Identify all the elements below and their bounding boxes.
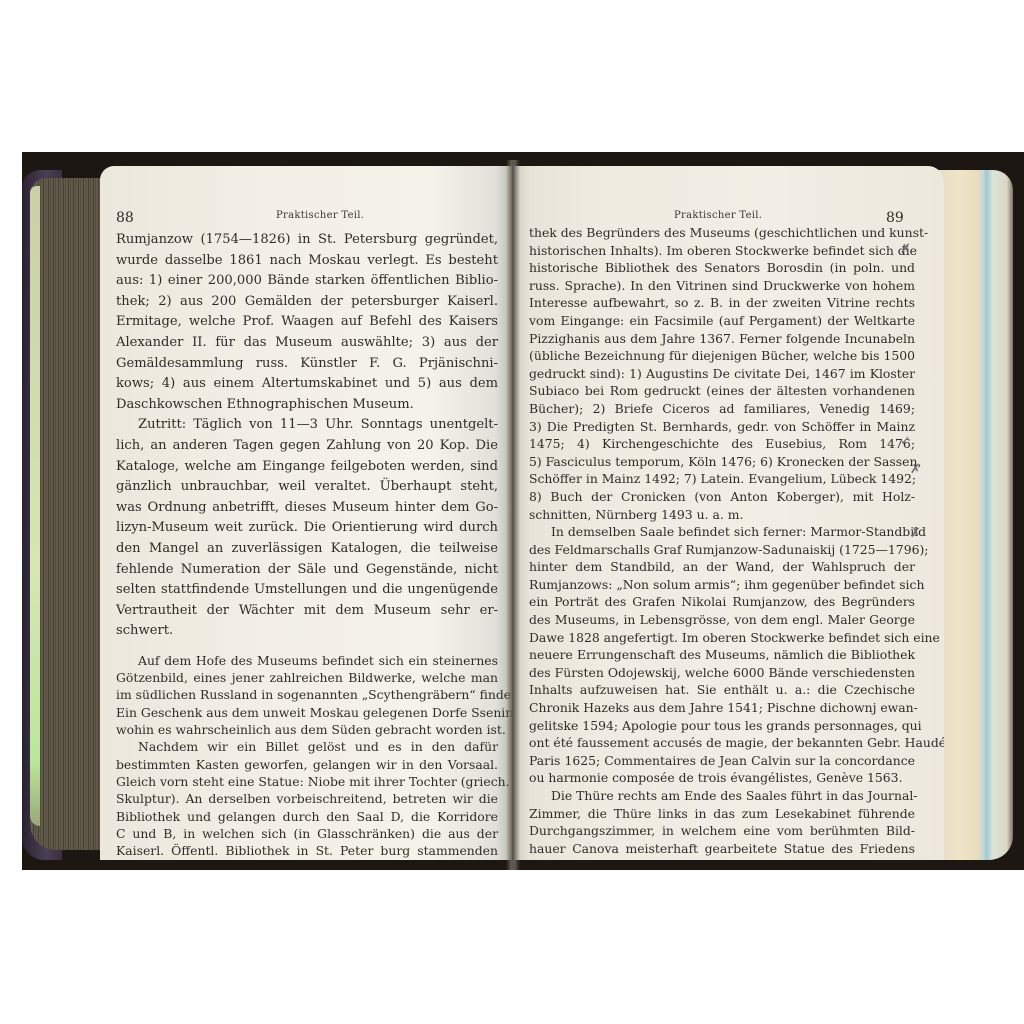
- text-line: 1475; 4) Kirchengeschichte des Eusebius,…: [529, 435, 915, 453]
- text-line: Rumjanzow (1754—1826) in St. Petersburg …: [116, 230, 498, 251]
- text-line: fehlende Numeration der Säle und Gegenst…: [116, 560, 498, 581]
- text-line: Kaiserl. Öffentl. Bibliothek in St. Pete…: [116, 842, 498, 859]
- margin-check-mark: ✓: [900, 434, 911, 449]
- text-line: lizyn-Museum weit zurück. Die Orientieru…: [116, 518, 498, 539]
- margin-cross-mark: ✗: [910, 462, 921, 477]
- right-page-body: thek des Begründers des Museums (geschic…: [529, 224, 915, 860]
- text-line: Chronik Hazeks aus dem Jahre 1541; Pisch…: [529, 699, 915, 717]
- running-head-right: Praktischer Teil.: [674, 210, 762, 221]
- text-line: des Fürsten Odojewskij, welche 6000 Bänd…: [529, 664, 915, 682]
- text-line: Rumjanzows: „Non solum armis“; ihm gegen…: [529, 576, 915, 594]
- text-line: Ein Geschenk aus dem unweit Moskau geleg…: [116, 704, 498, 721]
- text-line: vom Eingange: ein Facsimile (auf Pergame…: [529, 312, 915, 330]
- text-line: Alexander II. für das Museum auswählte; …: [116, 333, 498, 354]
- text-line: ont été faussement accusés de magie, der…: [529, 734, 915, 752]
- text-line: Ermitage, welche Prof. Waagen auf Befehl…: [116, 312, 498, 333]
- text-line: Durchgangszimmer, in welchem eine vom be…: [529, 822, 915, 840]
- text-line: gedruckt sind): 1) Augustins De civitate…: [529, 365, 915, 383]
- text-line: historischen Inhalts). Im oberen Stockwe…: [529, 242, 915, 260]
- text-line: Interesse aufbewahrt, so z. B. in der zw…: [529, 294, 915, 312]
- text-line: Paris 1625; Commentaires de Jean Calvin …: [529, 752, 915, 770]
- text-line: Daschkowschen Ethnographischen Museum.: [116, 395, 498, 416]
- text-line: schwert.: [116, 621, 498, 642]
- text-line: 5) Fasciculus temporum, Köln 1476; 6) Kr…: [529, 453, 915, 471]
- text-line: In demselben Saale befindet sich ferner:…: [529, 523, 915, 541]
- text-line: Gemäldesammlung russ. Künstler F. G. Prj…: [116, 354, 498, 375]
- text-line: schnitten, Nürnberg 1493 u. a. m.: [529, 506, 915, 524]
- text-line: Kataloge, welche am Eingange feilgeboten…: [116, 457, 498, 478]
- right-page: Praktischer Teil. 89 thek des Begründers…: [512, 166, 944, 860]
- text-line: Skulptur). An derselben vorbeischreitend…: [116, 790, 498, 807]
- text-line: Götzenbild, eines jener zahlreichen Bild…: [116, 669, 498, 686]
- text-line: was Ordnung anbetrifft, dieses Museum hi…: [116, 498, 498, 519]
- page-block-left-edge: [30, 178, 100, 850]
- text-line: den Mangel an zuverlässigen Katalogen, d…: [116, 539, 498, 560]
- text-line: wurde dasselbe 1861 nach Moskau verlegt.…: [116, 251, 498, 272]
- text-line: ou harmonie composée de trois évangélist…: [529, 769, 915, 787]
- text-line: Gleich vorn steht eine Statue: Niobe mit…: [116, 773, 498, 790]
- text-line: Bücher); 2) Briefe Ciceros ad familiares…: [529, 400, 915, 418]
- text-line: Doubletten seltener Bücher, verschiedene…: [116, 859, 498, 860]
- text-line: Dawe 1828 angefertigt. Im oberen Stockwe…: [529, 629, 915, 647]
- text-line: 3) Die Predigten St. Bernhards, gedr. vo…: [529, 418, 915, 436]
- text-line: des Museums, in Lebensgrösse, von dem en…: [529, 611, 915, 629]
- text-line: Zimmer, die Thüre links in das zum Lesek…: [529, 805, 915, 823]
- text-line: hinter dem Standbild, an der Wand, der W…: [529, 558, 915, 576]
- text-line: Die Thüre rechts am Ende des Saales führ…: [529, 787, 915, 805]
- text-line: Subiaco bei Rom gedruckt (eines der älte…: [529, 382, 915, 400]
- text-line: russ. Sprache). In den Vitrinen sind Dru…: [529, 277, 915, 295]
- left-page: 88 Praktischer Teil. Rumjanzow (1754—182…: [100, 166, 512, 860]
- text-line: Vertrautheit der Wächter mit dem Museum …: [116, 601, 498, 622]
- text-line: C und B, in welchen sich (in Glasschränk…: [116, 825, 498, 842]
- text-line: (auf Granitgestell), die Porträts des Fe…: [529, 857, 915, 860]
- book-gutter: [506, 160, 520, 870]
- text-line: Bibliothek und gelangen durch den Saal D…: [116, 808, 498, 825]
- text-line: Pizzighanis aus dem Jahre 1367. Ferner f…: [529, 330, 915, 348]
- margin-cross-mark: ✗: [900, 242, 911, 257]
- text-line: historische Bibliothek des Senators Boro…: [529, 259, 915, 277]
- text-line: kows; 4) aus einem Altertumskabinet und …: [116, 374, 498, 395]
- text-line: Auf dem Hofe des Museums befindet sich e…: [116, 652, 498, 669]
- text-line: thek des Begründers des Museums (geschic…: [529, 224, 915, 242]
- text-line: aus: 1) einer 200,000 Bände starken öffe…: [116, 271, 498, 292]
- text-line: Schöffer in Mainz 1492; 7) Latein. Evang…: [529, 470, 915, 488]
- page-number-left: 88: [116, 210, 134, 226]
- text-line: wohin es wahrscheinlich aus dem Süden ge…: [116, 721, 498, 738]
- text-line: hauer Canova meisterhaft gearbeitete Sta…: [529, 840, 915, 858]
- text-line: gelitske 1594; Apologie pour tous les gr…: [529, 717, 915, 735]
- small-print-section: Auf dem Hofe des Museums befindet sich e…: [116, 652, 498, 860]
- text-line: Inhalts aufzuweisen hat. Sie enthält u. …: [529, 681, 915, 699]
- text-line: bestimmten Kasten geworfen, gelangen wir…: [116, 756, 498, 773]
- text-line: gänzlich unbrauchbar, weil veraltet. Übe…: [116, 477, 498, 498]
- text-line: ein Porträt des Grafen Nikolai Rumjanzow…: [529, 593, 915, 611]
- running-head-left: Praktischer Teil.: [276, 210, 364, 221]
- text-line: Zutritt: Täglich von 11—3 Uhr. Sonntags …: [116, 415, 498, 436]
- text-line: des Feldmarschalls Graf Rumjanzow-Saduna…: [529, 541, 915, 559]
- text-line: neuere Errungenschaft des Museums, nämli…: [529, 646, 915, 664]
- text-line: lich, an anderen Tagen gegen Zahlung von…: [116, 436, 498, 457]
- page-block-right-edge: [935, 170, 1013, 860]
- text-line: im südlichen Russland in sogenannten „Sc…: [116, 686, 498, 703]
- margin-cross-mark: ✗: [910, 526, 921, 541]
- text-line: Nachdem wir ein Billet gelöst und es in …: [116, 738, 498, 755]
- colored-fore-edge-left: [30, 186, 40, 826]
- text-line: thek; 2) aus 200 Gemälden der petersburg…: [116, 292, 498, 313]
- text-line: 8) Buch der Cronicken (von Anton Koberge…: [529, 488, 915, 506]
- left-page-body: Rumjanzow (1754—1826) in St. Petersburg …: [116, 230, 498, 860]
- text-line: (übliche Bezeichnung für diejenigen Büch…: [529, 347, 915, 365]
- text-line: selten stattfindende Umstellungen und di…: [116, 580, 498, 601]
